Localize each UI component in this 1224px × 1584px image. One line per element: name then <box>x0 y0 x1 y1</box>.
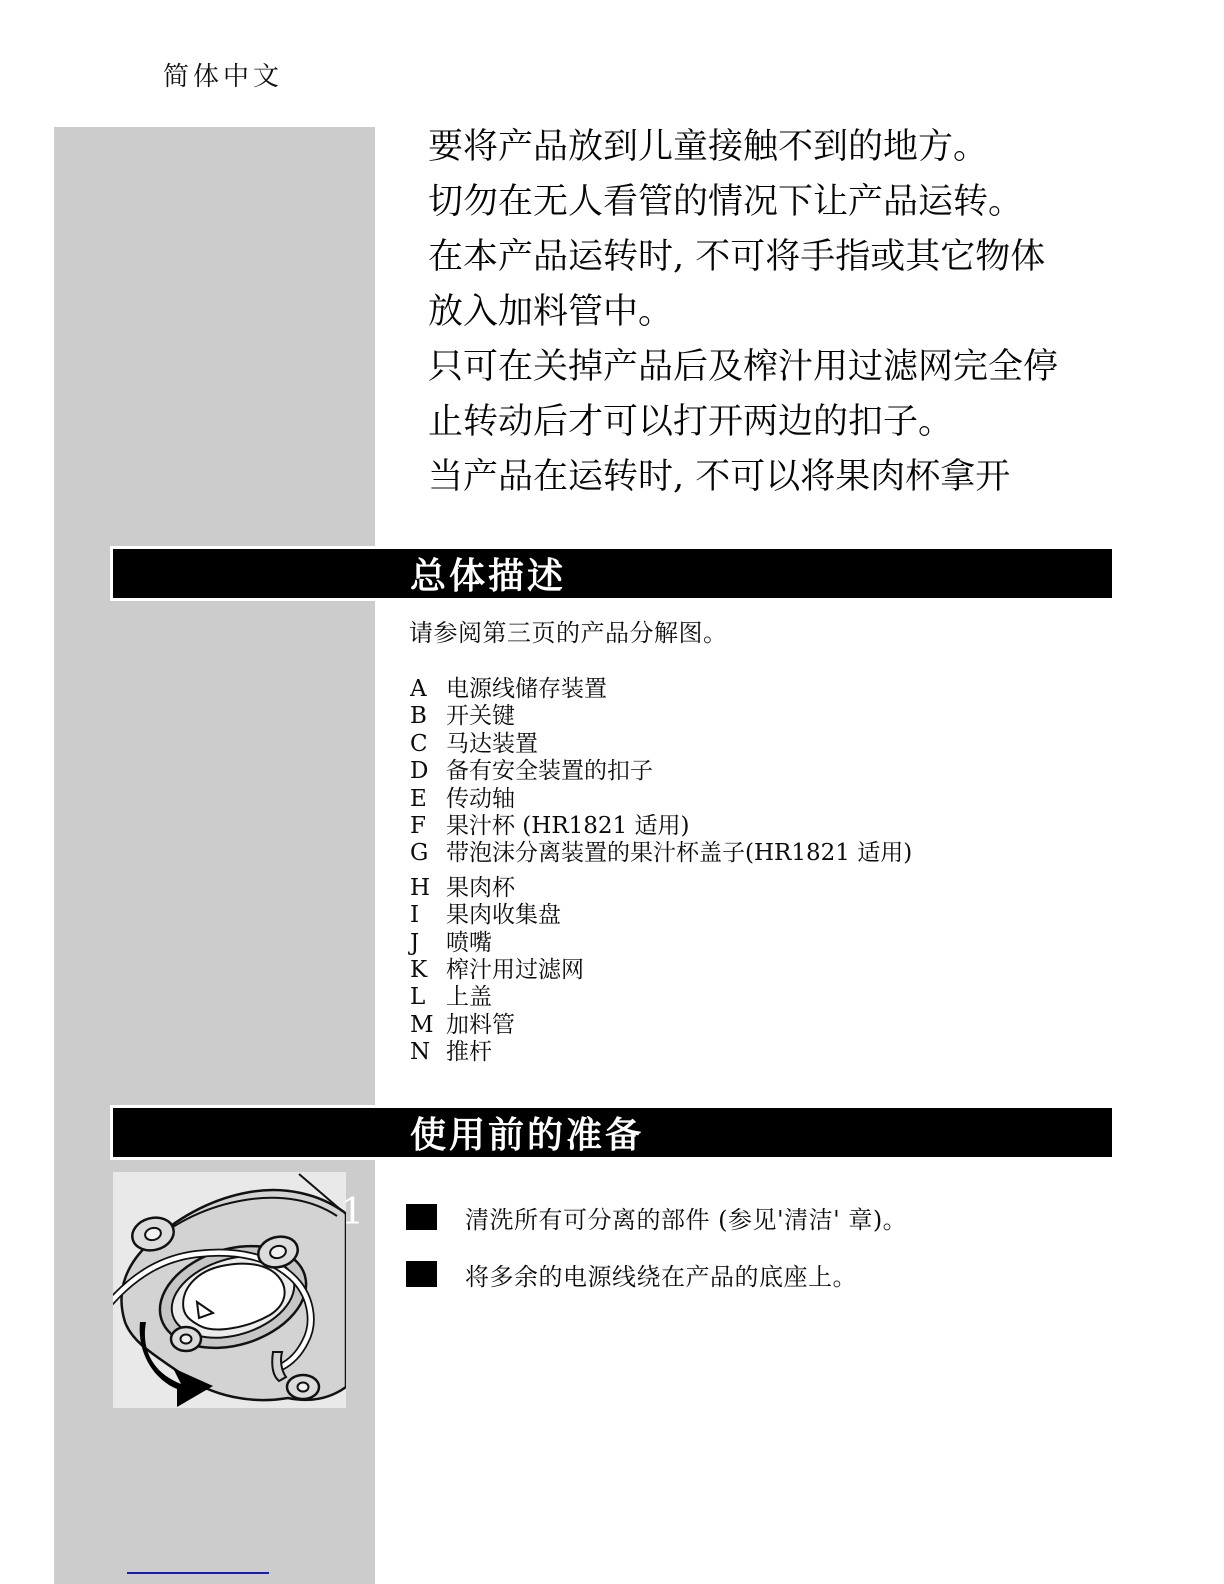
safety-line: 当产品在运转时, 不可以将果肉杯拿开 <box>428 450 1128 505</box>
part-letter: F <box>410 813 446 840</box>
part-name: 加料管 <box>446 1012 515 1038</box>
part-letter: B <box>410 703 446 730</box>
step-text: 清洗所有可分离的部件 (参见'清洁' 章)。 <box>465 1200 907 1235</box>
juicer-base-bottom-drawing <box>113 1172 346 1408</box>
part-letter: C <box>410 731 446 758</box>
safety-line: 要将产品放到儿童接触不到的地方。 <box>428 120 1128 175</box>
part-item: J喷嘴 <box>410 930 912 957</box>
part-name: 果肉收集盘 <box>446 902 561 928</box>
part-letter: J <box>410 930 446 957</box>
section-header-preparation: 使用前的准备 <box>110 1105 1115 1160</box>
part-item: F果汁杯 (HR1821 适用) <box>410 813 912 840</box>
part-name: 马达装置 <box>446 731 538 757</box>
part-letter: N <box>410 1039 446 1066</box>
section-header-general-description: 总体描述 <box>110 546 1115 601</box>
part-item: I果肉收集盘 <box>410 902 912 929</box>
general-description-intro: 请参阅第三页的产品分解图。 <box>409 613 728 648</box>
section-title: 总体描述 <box>113 548 566 599</box>
safety-line: 在本产品运转时, 不可将手指或其它物体 <box>428 230 1128 285</box>
part-name: 传动轴 <box>446 786 515 812</box>
safety-line: 止转动后才可以打开两边的扣子。 <box>428 395 1128 450</box>
step-item: 清洗所有可分离的部件 (参见'清洁' 章)。 <box>406 1200 907 1234</box>
part-name: 上盖 <box>446 984 492 1010</box>
part-name: 备有安全装置的扣子 <box>446 758 653 784</box>
part-letter: A <box>410 676 446 703</box>
part-item: L上盖 <box>410 984 912 1011</box>
safety-instructions: 要将产品放到儿童接触不到的地方。 切勿在无人看管的情况下让产品运转。 在本产品运… <box>428 120 1128 505</box>
step-text: 将多余的电源线绕在产品的底座上。 <box>465 1257 857 1292</box>
step-bullet-icon <box>406 1204 437 1230</box>
part-item: N推杆 <box>410 1039 912 1066</box>
part-letter: G <box>410 840 446 867</box>
part-item: B开关键 <box>410 703 912 730</box>
step-bullet-icon <box>406 1261 437 1287</box>
part-name: 喷嘴 <box>446 930 492 956</box>
footer-link-underline[interactable] <box>127 1572 269 1574</box>
part-name: 开关键 <box>446 703 515 729</box>
part-name: 带泡沫分离装置的果汁杯盖子(HR1821 适用) <box>446 840 912 866</box>
part-item: C马达装置 <box>410 731 912 758</box>
part-item: D备有安全装置的扣子 <box>410 758 912 785</box>
part-letter: H <box>410 875 446 902</box>
part-name: 果肉杯 <box>446 875 515 901</box>
part-item: A电源线储存装置 <box>410 676 912 703</box>
manual-page: 简体中文 要将产品放到儿童接触不到的地方。 切勿在无人看管的情况下让产品运转。 … <box>0 0 1224 1584</box>
part-item: E传动轴 <box>410 786 912 813</box>
section-title: 使用前的准备 <box>113 1107 644 1158</box>
part-letter: K <box>410 957 446 984</box>
part-name: 推杆 <box>446 1039 492 1065</box>
part-item: K榨汁用过滤网 <box>410 957 912 984</box>
language-label: 简体中文 <box>163 56 283 93</box>
part-name: 电源线储存装置 <box>446 676 607 702</box>
parts-list: A电源线储存装置 B开关键 C马达装置 D备有安全装置的扣子 E传动轴 F果汁杯… <box>410 676 912 1066</box>
safety-line: 切勿在无人看管的情况下让产品运转。 <box>428 175 1128 230</box>
step-item: 将多余的电源线绕在产品的底座上。 <box>406 1257 857 1291</box>
part-item: H果肉杯 <box>410 875 912 902</box>
cord-winding-illustration <box>113 1172 346 1408</box>
part-item: G带泡沫分离装置的果汁杯盖子(HR1821 适用) <box>410 840 912 867</box>
part-letter: L <box>410 984 446 1011</box>
part-name: 果汁杯 (HR1821 适用) <box>446 813 689 839</box>
safety-line: 只可在关掉产品后及榨汁用过滤网完全停 <box>428 340 1128 395</box>
part-letter: E <box>410 786 446 813</box>
part-item: M加料管 <box>410 1012 912 1039</box>
part-letter: I <box>410 902 446 929</box>
part-letter: D <box>410 758 446 785</box>
safety-line: 放入加料管中。 <box>428 285 1128 340</box>
part-name: 榨汁用过滤网 <box>446 957 584 983</box>
part-letter: M <box>410 1012 446 1039</box>
figure-number: 1 <box>341 1192 364 1233</box>
